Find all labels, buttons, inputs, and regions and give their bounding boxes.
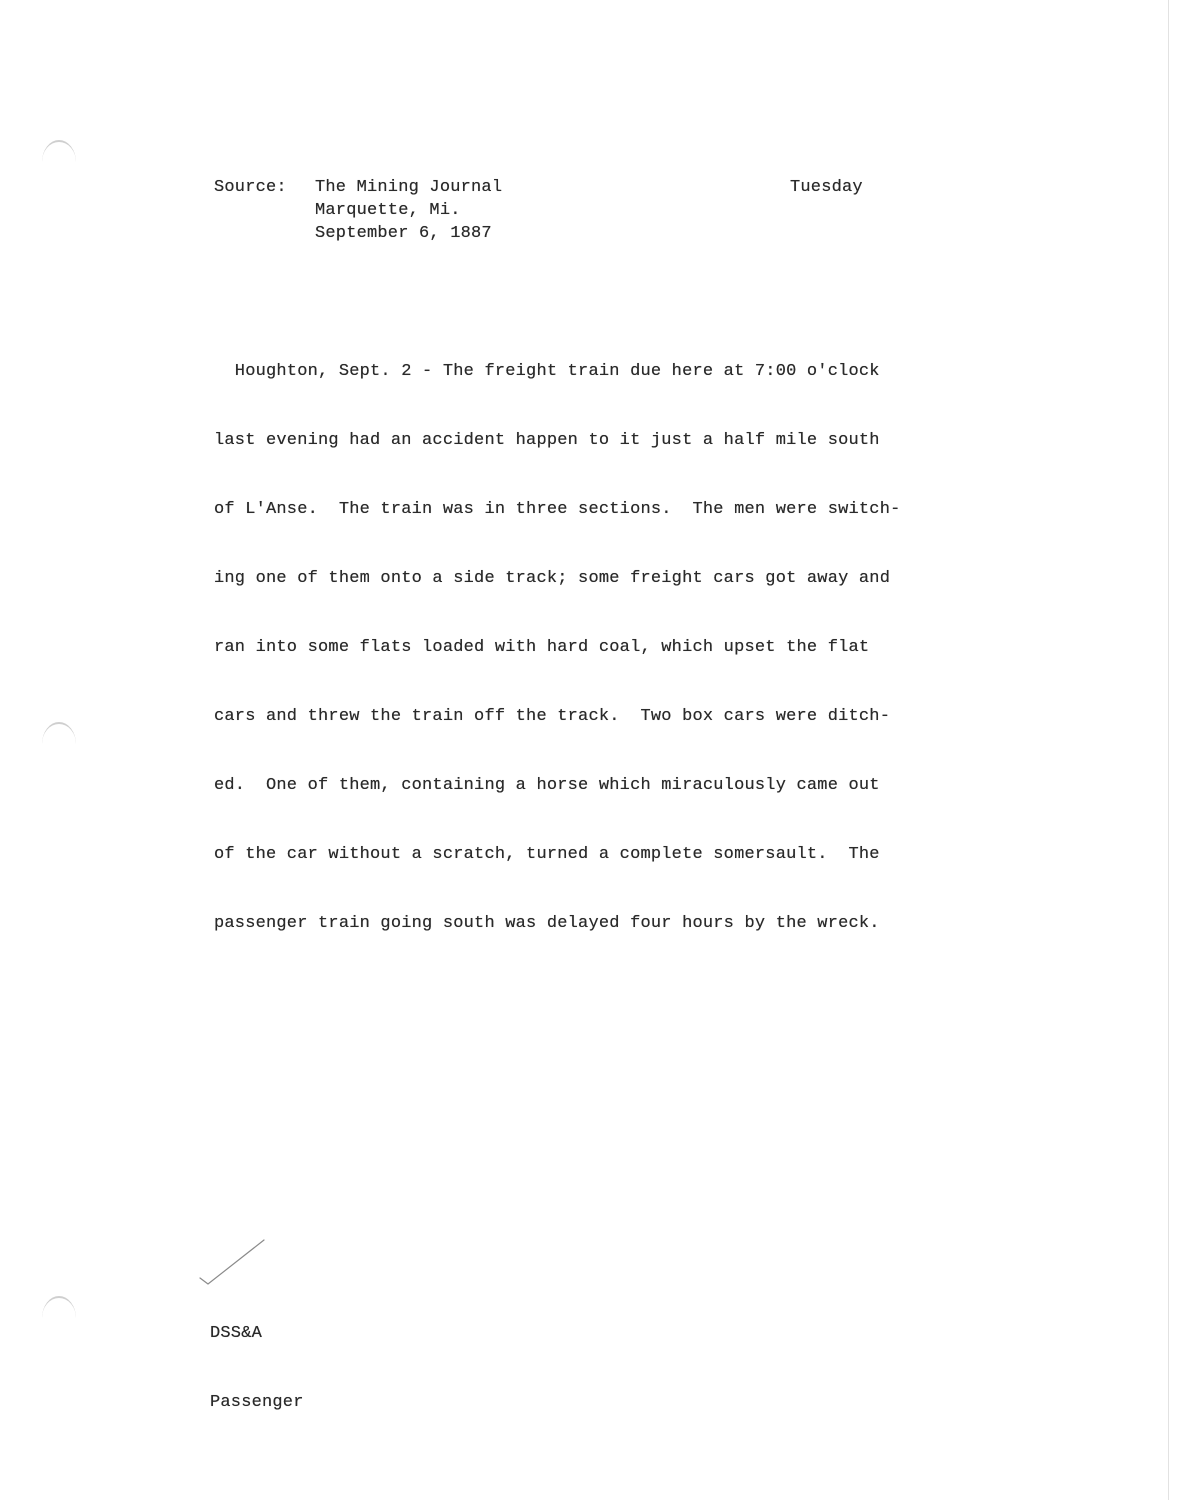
- punch-hole-mark: [42, 722, 76, 744]
- category-label: Passenger: [210, 1391, 304, 1414]
- article-line: of the car without a scratch, turned a c…: [214, 843, 974, 866]
- article-line: cars and threw the train off the track. …: [214, 705, 974, 728]
- page-edge-line: [1168, 0, 1169, 1500]
- source-label: Source:: [214, 176, 315, 245]
- article-line: last evening had an accident happen to i…: [214, 429, 974, 452]
- publication-name: The Mining Journal: [315, 176, 502, 199]
- article-line: ed. One of them, containing a horse whic…: [214, 774, 974, 797]
- article-body: Houghton, Sept. 2 - The freight train du…: [214, 314, 974, 958]
- publication-day: Tuesday: [790, 176, 863, 199]
- publication-date: September 6, 1887: [315, 222, 502, 245]
- railroad-code: DSS&A: [210, 1322, 304, 1345]
- article-line: Houghton, Sept. 2 - The freight train du…: [214, 360, 974, 383]
- signoff-block: DSS&A Passenger: [210, 1276, 304, 1437]
- source-citation: Source: The Mining Journal Marquette, Mi…: [214, 130, 502, 268]
- article-line: of L'Anse. The train was in three sectio…: [214, 498, 974, 521]
- publication-location: Marquette, Mi.: [315, 199, 502, 222]
- article-line: passenger train going south was delayed …: [214, 912, 974, 935]
- article-line: ran into some flats loaded with hard coa…: [214, 636, 974, 659]
- punch-hole-mark: [42, 1296, 76, 1318]
- punch-hole-mark: [42, 140, 76, 162]
- article-line: ing one of them onto a side track; some …: [214, 567, 974, 590]
